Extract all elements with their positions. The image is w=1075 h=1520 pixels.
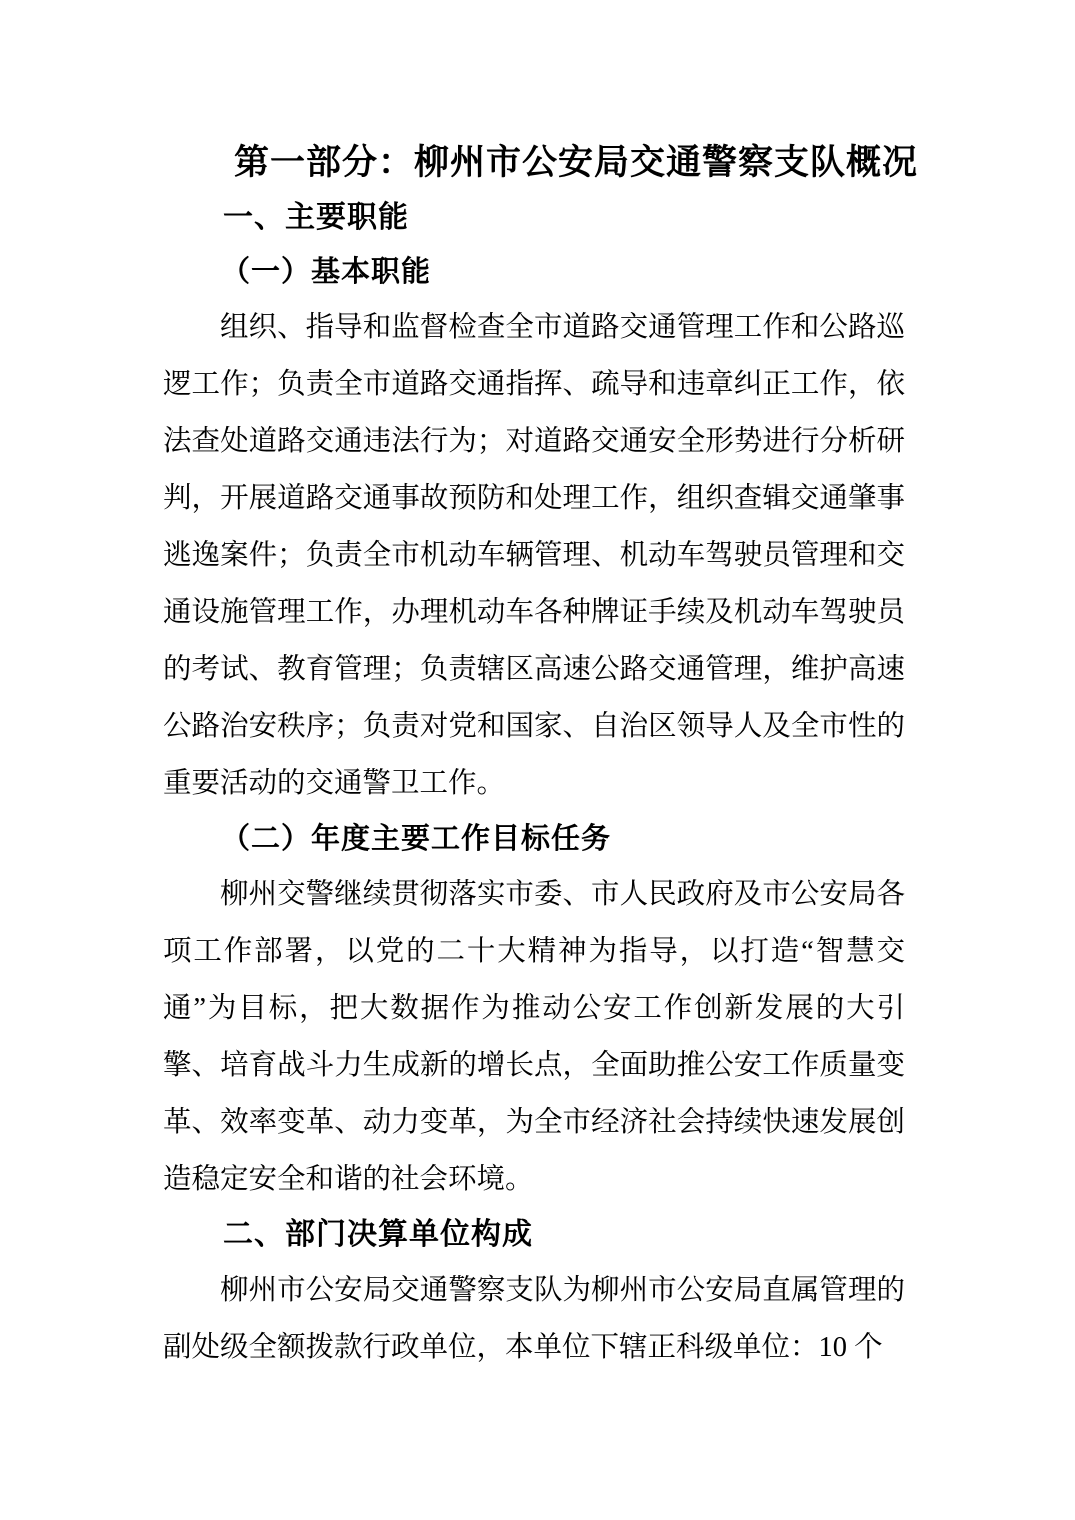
document-page: 第一部分：柳州市公安局交通警察支队概况 一、主要职能 （一）基本职能 组织、指导… [0,0,1075,1520]
paragraph-annual-targets: 柳州交警继续贯彻落实市委、市人民政府及市公安局各项工作部署，以党的二十大精神为指… [163,866,905,1208]
section-heading-unit-composition: 二、部门决算单位构成 [163,1208,905,1262]
subsection-heading-basic-functions: （一）基本职能 [163,245,905,299]
subsection-heading-annual-targets: （二）年度主要工作目标任务 [163,812,905,866]
page-title: 第一部分：柳州市公安局交通警察支队概况 [205,134,947,191]
section-heading-main-functions: 一、主要职能 [163,191,905,245]
paragraph-basic-functions: 组织、指导和监督检查全市道路交通管理工作和公路巡逻工作；负责全市道路交通指挥、疏… [163,299,905,812]
paragraph-unit-composition: 柳州市公安局交通警察支队为柳州市公安局直属管理的副处级全额拨款行政单位，本单位下… [163,1262,905,1376]
